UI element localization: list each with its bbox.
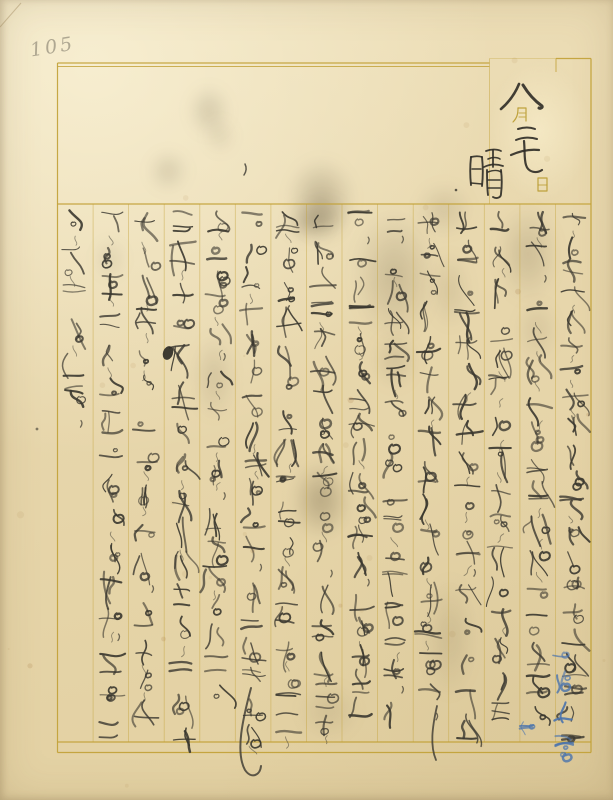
handwriting-column-4 — [453, 212, 483, 746]
handwriting-column-10 — [240, 213, 269, 754]
diary-page: 105 — [0, 0, 613, 800]
handwriting-column-11 — [200, 211, 236, 708]
date-day-handwritten — [511, 128, 542, 173]
blue-ink-annotation — [553, 652, 573, 761]
ruling-lines — [58, 59, 592, 753]
handwriting-column-9 — [274, 212, 302, 748]
handwriting-column-13 — [132, 213, 160, 726]
date-month-handwritten — [501, 84, 542, 109]
handwriting-column-8 — [310, 215, 338, 743]
corner-crease-line — [0, 3, 21, 27]
handwriting-column-15 — [62, 210, 86, 427]
handwriting-column-3 — [486, 212, 512, 720]
handwriting-overlay — [0, 0, 613, 800]
handwriting-column-12 — [170, 211, 200, 752]
handwriting-column-6 — [383, 219, 409, 728]
handwriting-column-7 — [348, 211, 375, 717]
printed-month-glyph — [513, 108, 526, 122]
blue-ink-small-mark — [520, 722, 535, 735]
printed-day-glyph — [538, 178, 547, 191]
handwriting-column-5 — [415, 213, 444, 720]
handwriting-column-1 — [557, 214, 590, 742]
weather-handwritten — [470, 150, 503, 199]
handwriting-column-2 — [523, 212, 554, 725]
handwriting-column-14 — [99, 212, 125, 738]
